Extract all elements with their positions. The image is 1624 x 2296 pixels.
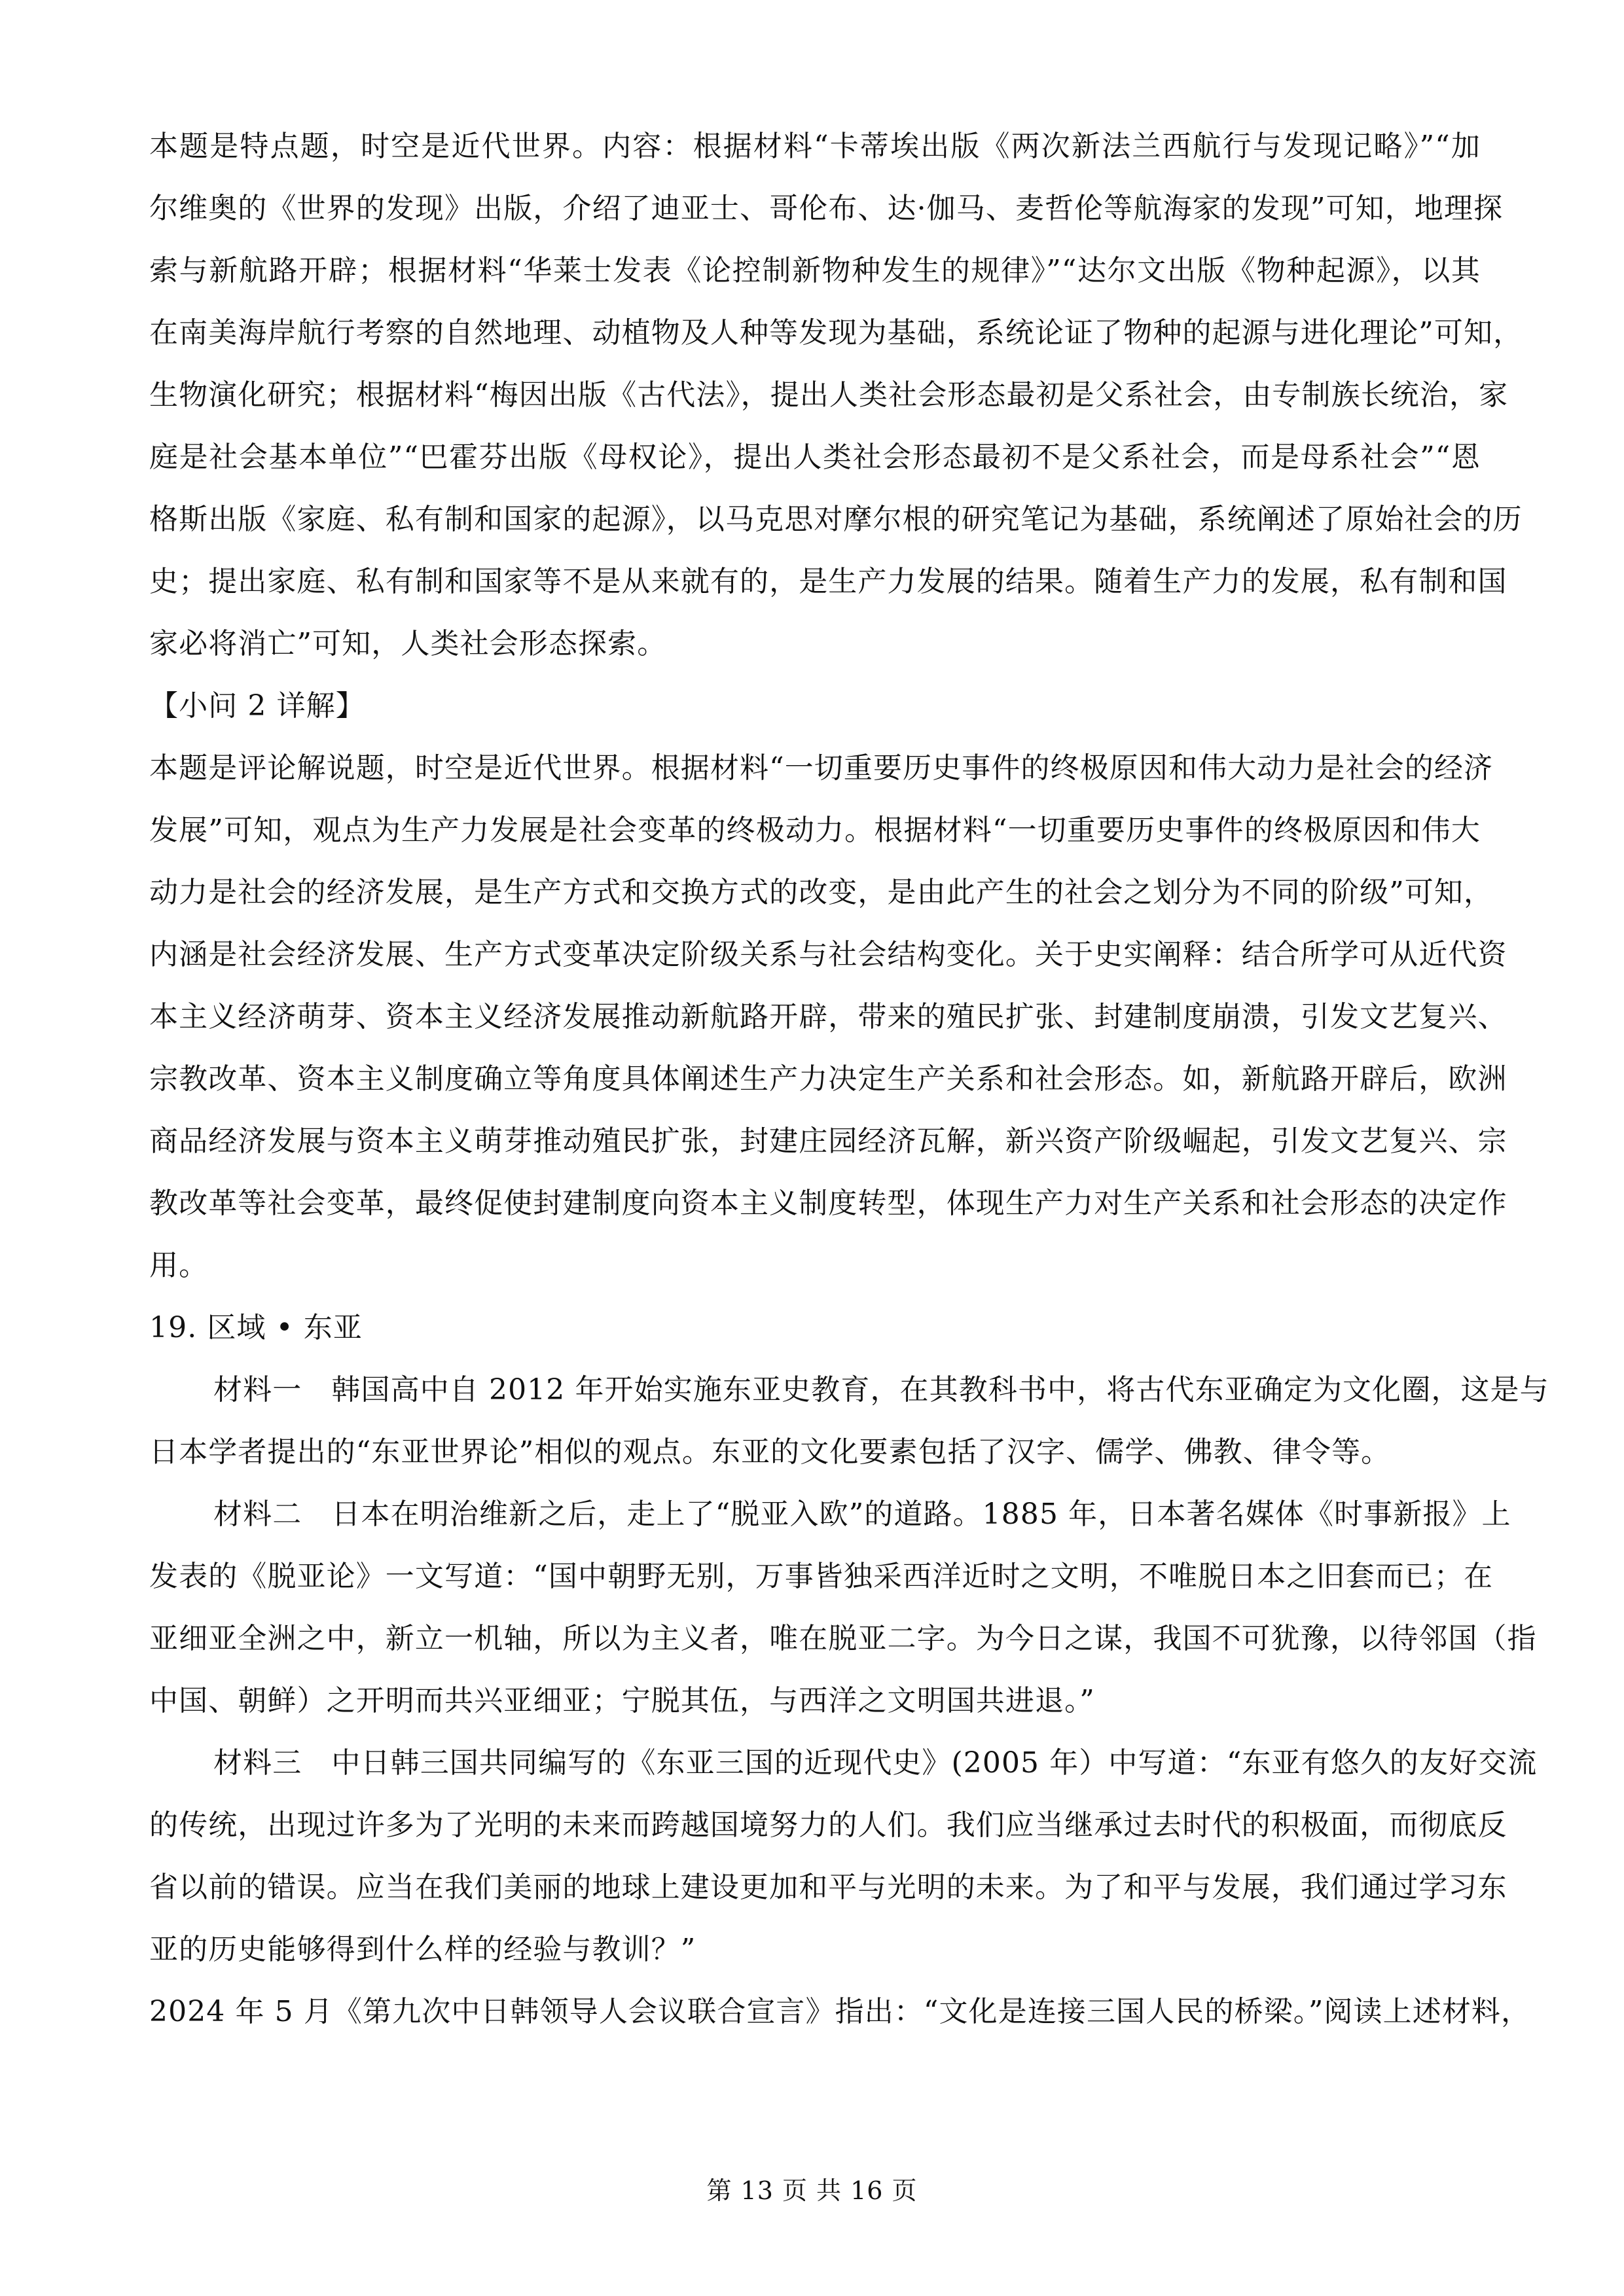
material-1: 材料一 韩国高中自 2012 年开始实施东亚史教育，在其教科书中，将古代东亚确定… <box>149 1359 1481 1483</box>
text-line: 的传统，出现过许多为了光明的未来而跨越国境努力的人们。我们应当继承过去时代的积极… <box>149 1794 1481 1856</box>
closing-line: 2024 年 5 月《第九次中日韩领导人会议联合宣言》指出：“文化是连接三国人民… <box>149 1981 1481 2043</box>
text-line: 史；提出家庭、私有制和国家等不是从来就有的，是生产力发展的结果。随着生产力的发展… <box>149 550 1481 613</box>
question-19-title: 19. 区域 • 东亚 <box>149 1297 1481 1359</box>
material-2: 材料二 日本在明治维新之后，走上了“脱亚入欧”的道路。1885 年，日本著名媒体… <box>149 1483 1481 1732</box>
text-line: 在南美海岸航行考察的自然地理、动植物及人种等发现为基础，系统论证了物种的起源与进… <box>149 302 1481 364</box>
text-line: 材料二 日本在明治维新之后，走上了“脱亚入欧”的道路。1885 年，日本著名媒体… <box>149 1483 1481 1545</box>
document-page: 本题是特点题，时空是近代世界。内容：根据材料“卡蒂埃出版《两次新法兰西航行与发现… <box>0 0 1624 2296</box>
text-line: 亚细亚全洲之中，新立一机轴，所以为主义者，唯在脱亚二字。为今日之谋，我国不可犹豫… <box>149 1607 1481 1670</box>
text-line: 亚的历史能够得到什么样的经验与教训？” <box>149 1918 1481 1981</box>
text-line: 省以前的错误。应当在我们美丽的地球上建设更加和平与光明的未来。为了和平与发展，我… <box>149 1856 1481 1918</box>
text-line: 家必将消亡”可知，人类社会形态探索。 <box>149 613 1481 675</box>
sub-question-2-heading: 【小问 2 详解】 <box>149 675 1481 737</box>
text-line: 生物演化研究；根据材料“梅因出版《古代法》，提出人类社会形态最初是父系社会，由专… <box>149 364 1481 426</box>
text-line: 材料一 韩国高中自 2012 年开始实施东亚史教育，在其教科书中，将古代东亚确定… <box>149 1359 1481 1421</box>
text-line: 本题是特点题，时空是近代世界。内容：根据材料“卡蒂埃出版《两次新法兰西航行与发现… <box>149 115 1481 177</box>
text-line: 发展”可知，观点为生产力发展是社会变革的终极动力。根据材料“一切重要历史事件的终… <box>149 799 1481 861</box>
text-line: 中国、朝鲜）之开明而共兴亚细亚；宁脱其伍，与西洋之文明国共进退。” <box>149 1670 1481 1732</box>
page-footer: 第 13 页 共 16 页 <box>0 2170 1624 2206</box>
part1-explanation: 本题是特点题，时空是近代世界。内容：根据材料“卡蒂埃出版《两次新法兰西航行与发现… <box>149 115 1481 675</box>
text-line: 内涵是社会经济发展、生产方式变革决定阶级关系与社会结构变化。关于史实阐释：结合所… <box>149 924 1481 986</box>
material-3: 材料三 中日韩三国共同编写的《东亚三国的近现代史》(2005 年）中写道：“东亚… <box>149 1732 1481 1981</box>
text-line: 格斯出版《家庭、私有制和国家的起源》，以马克思对摩尔根的研究笔记为基础，系统阐述… <box>149 488 1481 550</box>
text-line: 教改革等社会变革，最终促使封建制度向资本主义制度转型，体现生产力对生产关系和社会… <box>149 1172 1481 1234</box>
text-line: 材料三 中日韩三国共同编写的《东亚三国的近现代史》(2005 年）中写道：“东亚… <box>149 1732 1481 1794</box>
text-line: 本主义经济萌芽、资本主义经济发展推动新航路开辟，带来的殖民扩张、封建制度崩溃，引… <box>149 986 1481 1048</box>
part2-explanation: 本题是评论解说题，时空是近代世界。根据材料“一切重要历史事件的终极原因和伟大动力… <box>149 737 1481 1297</box>
page-indicator: 第 13 页 共 16 页 <box>706 2176 917 2205</box>
text-line: 索与新航路开辟；根据材料“华莱士发表《论控制新物种发生的规律》”“达尔文出版《物… <box>149 240 1481 302</box>
text-line: 本题是评论解说题，时空是近代世界。根据材料“一切重要历史事件的终极原因和伟大动力… <box>149 737 1481 799</box>
text-line: 商品经济发展与资本主义萌芽推动殖民扩张，封建庄园经济瓦解，新兴资产阶级崛起，引发… <box>149 1110 1481 1172</box>
text-line: 宗教改革、资本主义制度确立等角度具体阐述生产力决定生产关系和社会形态。如，新航路… <box>149 1048 1481 1110</box>
text-line: 尔维奥的《世界的发现》出版，介绍了迪亚士、哥伦布、达·伽马、麦哲伦等航海家的发现… <box>149 177 1481 240</box>
page-content: 本题是特点题，时空是近代世界。内容：根据材料“卡蒂埃出版《两次新法兰西航行与发现… <box>149 115 1481 2043</box>
text-line: 动力是社会的经济发展，是生产方式和交换方式的改变，是由此产生的社会之划分为不同的… <box>149 861 1481 924</box>
text-line: 用。 <box>149 1234 1481 1297</box>
text-line: 庭是社会基本单位”“巴霍芬出版《母权论》，提出人类社会形态最初不是父系社会，而是… <box>149 426 1481 488</box>
text-line: 发表的《脱亚论》一文写道：“国中朝野无别，万事皆独采西洋近时之文明，不唯脱日本之… <box>149 1545 1481 1607</box>
text-line: 日本学者提出的“东亚世界论”相似的观点。东亚的文化要素包括了汉字、儒学、佛教、律… <box>149 1421 1481 1483</box>
